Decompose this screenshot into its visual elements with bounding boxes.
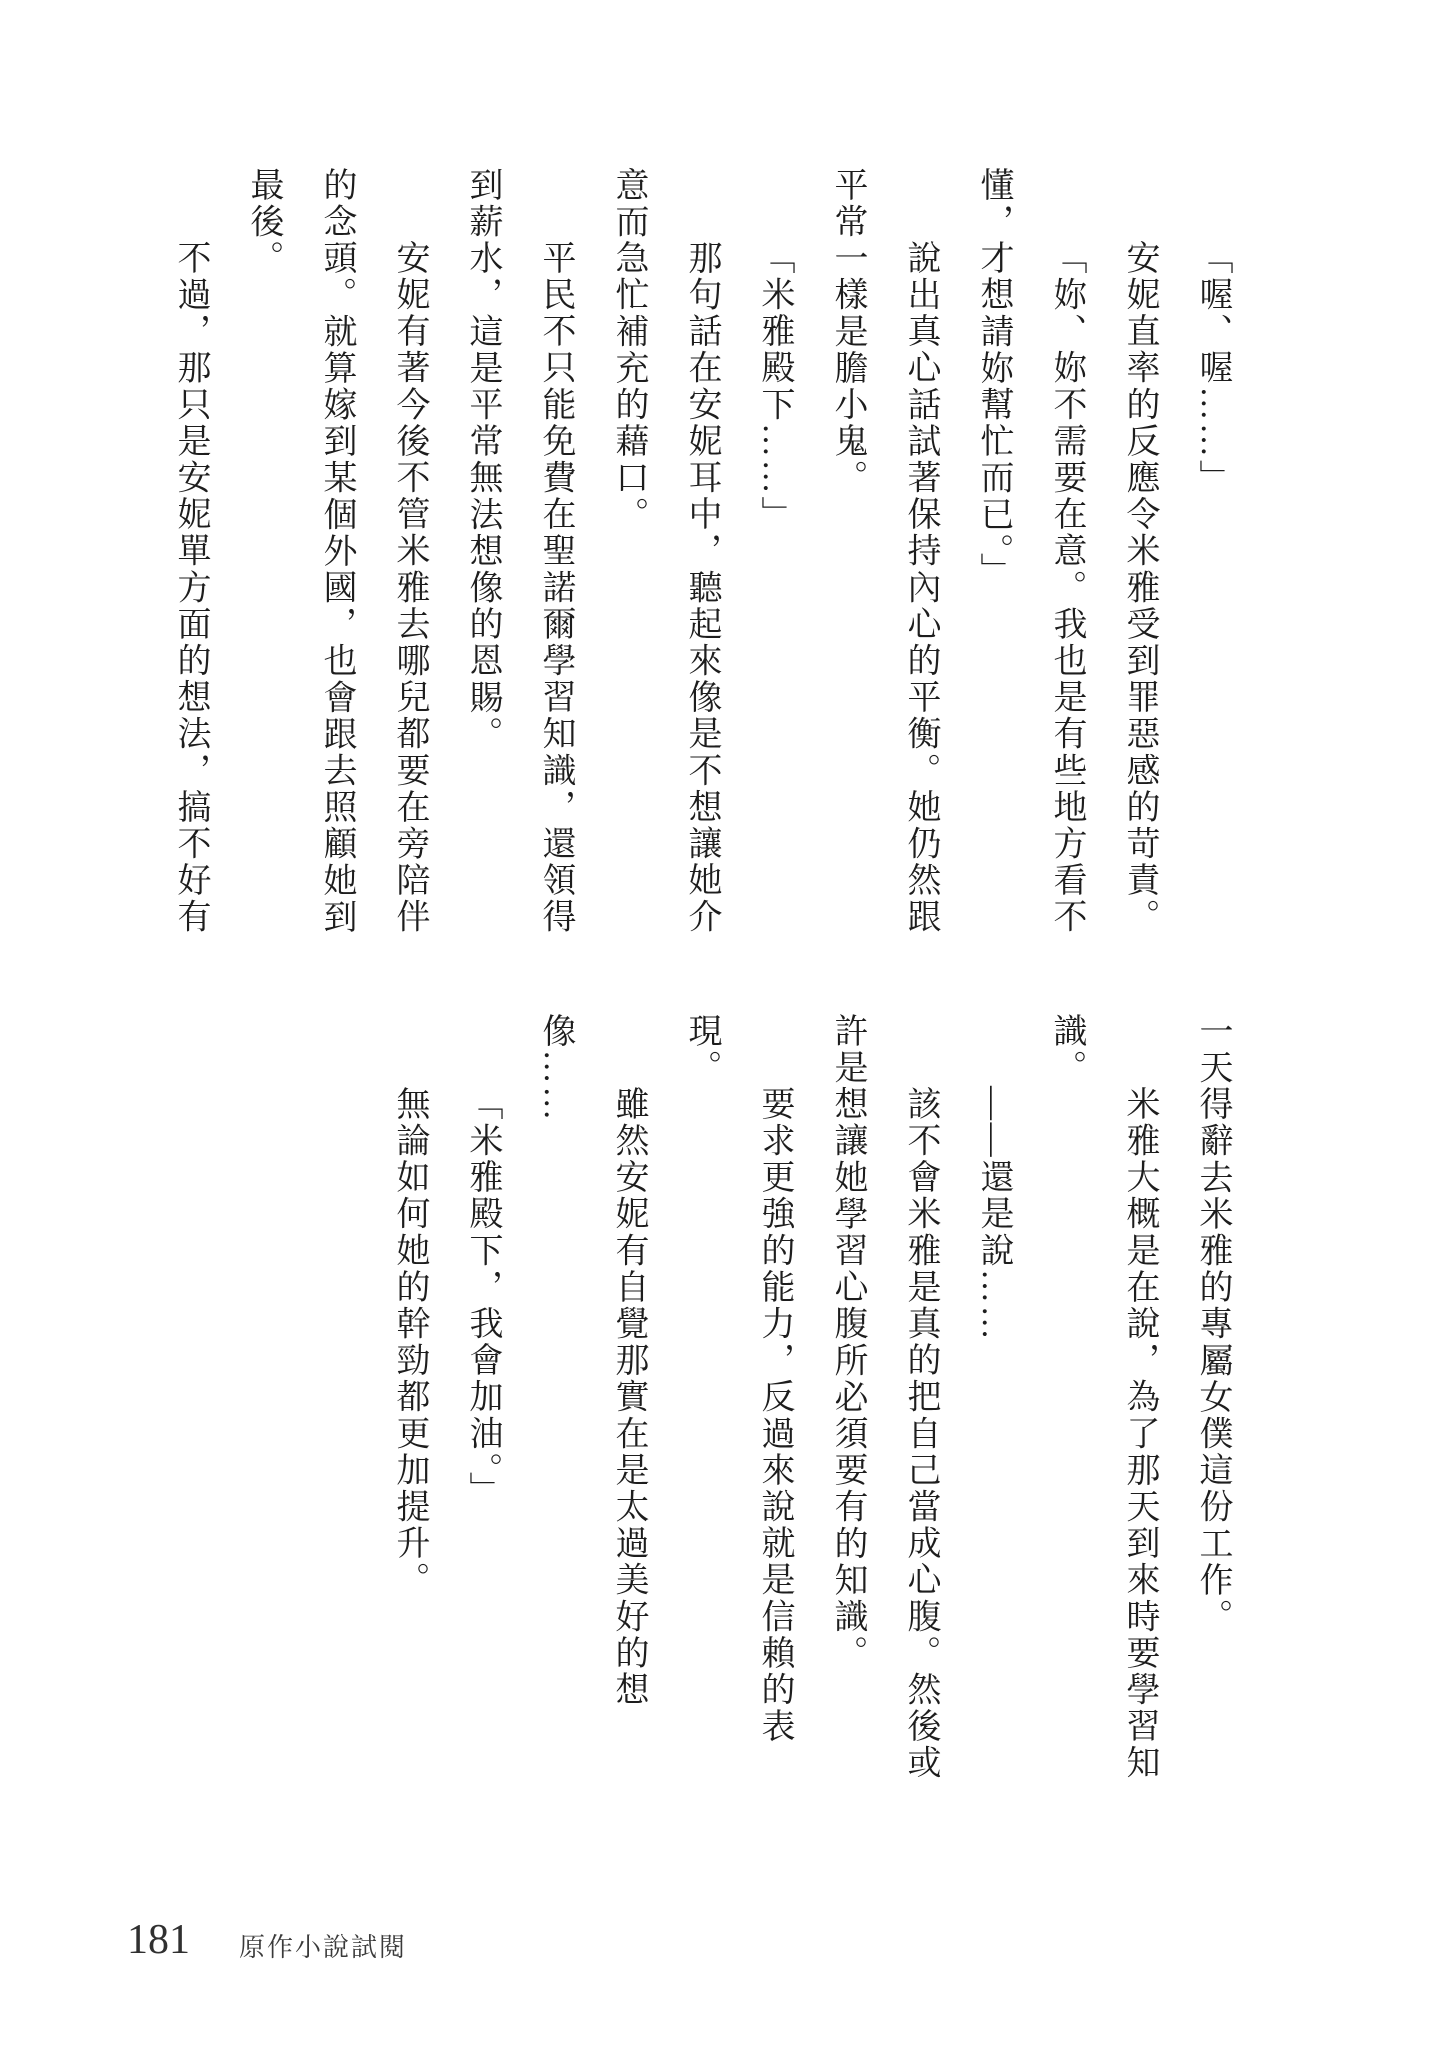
text-column: 意而急忙補充的藉口。 xyxy=(592,167,665,937)
text-column: 那句話在安妮耳中，聽起來像是不想讓她介 xyxy=(665,167,738,937)
text-column: 說出真心話試著保持內心的平衡。她仍然跟 xyxy=(884,167,957,937)
text-column: 安妮有著今後不管米雅去哪兒都要在旁陪伴 xyxy=(373,167,446,937)
footer-section-label: 原作小說試閱 xyxy=(239,1927,407,1964)
text-column: 識。 xyxy=(1030,1013,1103,1783)
text-column: 「喔、喔……」 xyxy=(1176,167,1249,937)
novel-page: 「喔、喔……」 安妮直率的反應令米雅受到罪惡感的苛責。 「妳、妳不需要在意。我也… xyxy=(0,0,1440,2048)
text-column: 要求更強的能力，反過來說就是信賴的表 xyxy=(738,1013,811,1783)
text-column: 懂，才想請妳幫忙而已。」 xyxy=(957,167,1030,937)
text-column: 米雅大概是在說，為了那天到來時要學習知 xyxy=(1103,1013,1176,1783)
text-band-top: 「喔、喔……」 安妮直率的反應令米雅受到罪惡感的苛責。 「妳、妳不需要在意。我也… xyxy=(154,167,1249,937)
text-column: 不過，那只是安妮單方面的想法，搞不好有 xyxy=(154,167,227,937)
text-column: 平常一樣是膽小鬼。 xyxy=(811,167,884,937)
text-column: 的念頭。就算嫁到某個外國，也會跟去照顧她到 xyxy=(300,167,373,937)
text-column: 「米雅殿下，我會加油。」 xyxy=(446,1013,519,1783)
text-column: 「妳、妳不需要在意。我也是有些地方看不 xyxy=(1030,167,1103,937)
page-number: 181 xyxy=(127,1916,190,1964)
text-column: 到薪水，這是平常無法想像的恩賜。 xyxy=(446,167,519,937)
text-column: 該不會米雅是真的把自己當成心腹。然後或 xyxy=(884,1013,957,1783)
text-column: 最後。 xyxy=(227,167,300,937)
text-column: 平民不只能免費在聖諾爾學習知識，還領得 xyxy=(519,167,592,937)
text-column: 許是想讓她學習心腹所必須要有的知識。 xyxy=(811,1013,884,1783)
text-column: 雖然安妮有自覺那實在是太過美好的想 xyxy=(592,1013,665,1783)
text-column: 「米雅殿下……」 xyxy=(738,167,811,937)
text-column: 像…… xyxy=(519,1013,592,1783)
text-column: ——還是說…… xyxy=(957,1013,1030,1783)
text-column: 一天得辭去米雅的專屬女僕這份工作。 xyxy=(1176,1013,1249,1783)
text-column: 現。 xyxy=(665,1013,738,1783)
text-column: 安妮直率的反應令米雅受到罪惡感的苛責。 xyxy=(1103,167,1176,937)
text-column: 無論如何她的幹勁都更加提升。 xyxy=(373,1013,446,1783)
text-band-bottom: 一天得辭去米雅的專屬女僕這份工作。 米雅大概是在說，為了那天到來時要學習知 識。… xyxy=(373,1013,1249,1783)
